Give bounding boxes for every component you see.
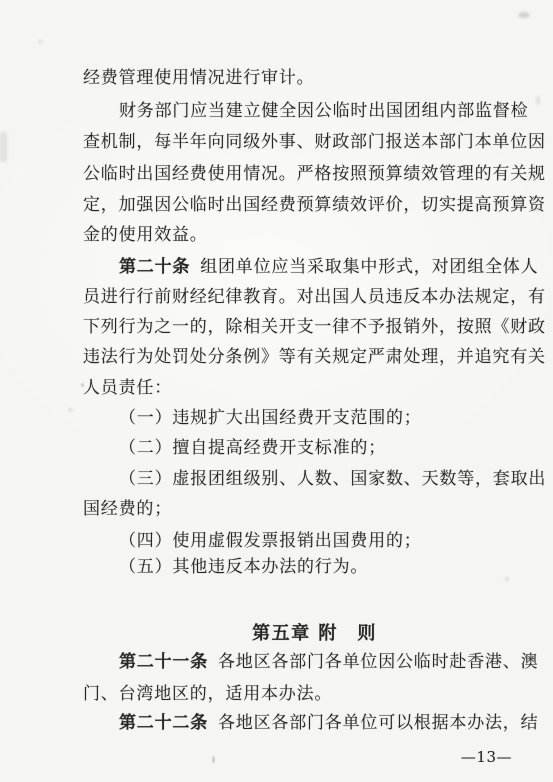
scan-smudge [212,756,215,763]
page-number: —13— [461,748,512,766]
line-text: 经费管理使用情况进行审计。 [83,68,314,88]
text-line: 第二十一条各地区各部门各单位因公临时赴香港、澳 [119,651,538,673]
line-text: 国经费的； [83,499,172,519]
text-line: 第二十条组团单位应当采取集中形式，对团组全体人 [119,256,538,278]
line-text: 违法行为处罚处分条例》等有关规定严肃处理，并追究有关 [83,347,546,367]
scan-smudge [536,96,540,105]
list-item: （三）虚报团组级别、人数、国家数、天数等，套取出 [119,468,546,490]
line-text: 公临时出国经费使用情况。严格按照预算绩效管理的有关规 [83,164,546,184]
line-text: （一）违规扩大出国经费开支范围的； [119,408,422,428]
list-item: （一）违规扩大出国经费开支范围的； [119,407,422,429]
article-number: 第二十条 [119,257,190,277]
line-text: 门、台湾地区的，适用本办法。 [83,684,332,704]
line-text: （三）虚报团组级别、人数、国家数、天数等，套取出 [119,469,546,489]
article-number: 第二十二条 [119,713,208,733]
scan-smudge [81,383,84,387]
article-number: 第二十一条 [119,652,208,672]
scan-smudge [0,132,7,162]
line-text: 定，加强因公临时出国经费预算绩效评价，切实提高预算资 [83,195,546,215]
list-item: （五）其他违反本办法的行为。 [119,556,368,578]
line-text: 各地区各部门各单位可以根据本办法，结 [218,713,538,733]
text-line: 经费管理使用情况进行审计。 [83,67,314,89]
line-text: 组团单位应当采取集中形式，对团组全体人 [200,257,538,277]
scanned-document-page: 经费管理使用情况进行审计。 财务部门应当建立健全因公临时出国团组内部监督检 查机… [0,0,553,782]
line-text: （四）使用虚假发票报销出国费用的； [119,531,422,551]
text-line: 财务部门应当建立健全因公临时出国团组内部监督检 [119,100,528,122]
scan-smudge [68,408,73,412]
list-item: 国经费的； [83,498,172,520]
text-line: 公临时出国经费使用情况。严格按照预算绩效管理的有关规 [83,163,546,185]
scan-smudge [505,577,509,581]
text-line: 员进行行前财经纪律教育。对出国人员违反本办法规定，有 [83,286,546,308]
text-line: 违法行为处罚处分条例》等有关规定严肃处理，并追究有关 [83,346,546,368]
text-line: 下列行为之一的，除相关开支一律不予报销外，按照《财政 [83,316,546,338]
text-line: 金的使用效益。 [83,224,208,246]
list-item: （四）使用虚假发票报销出国费用的； [119,530,422,552]
text-line: 定，加强因公临时出国经费预算绩效评价，切实提高预算资 [83,194,546,216]
scan-smudge [533,207,540,211]
line-text: 下列行为之一的，除相关开支一律不予报销外，按照《财政 [83,317,546,337]
text-line: 人员责任： [83,377,172,399]
list-item: （二）擅自提高经费开支标准的； [119,437,386,459]
line-text: 金的使用效益。 [83,225,208,245]
line-text: 查机制，每半年向同级外事、财政部门报送本部门本单位因 [83,132,546,152]
line-text: （五）其他违反本办法的行为。 [119,557,368,577]
line-text: 各地区各部门各单位因公临时赴香港、澳 [218,652,538,672]
line-text: 员进行行前财经纪律教育。对出国人员违反本办法规定，有 [83,287,546,307]
line-text: 人员责任： [83,378,172,398]
chapter-heading: 第五章 附 则 [83,619,546,645]
text-line: 门、台湾地区的，适用本办法。 [83,683,332,705]
line-text: 财务部门应当建立健全因公临时出国团组内部监督检 [119,101,528,121]
scan-smudge [38,40,43,44]
scan-smudge [518,12,530,18]
text-line: 查机制，每半年向同级外事、财政部门报送本部门本单位因 [83,131,546,153]
line-text: （二）擅自提高经费开支标准的； [119,438,386,458]
text-line: 第二十二条各地区各部门各单位可以根据本办法，结 [119,712,538,734]
